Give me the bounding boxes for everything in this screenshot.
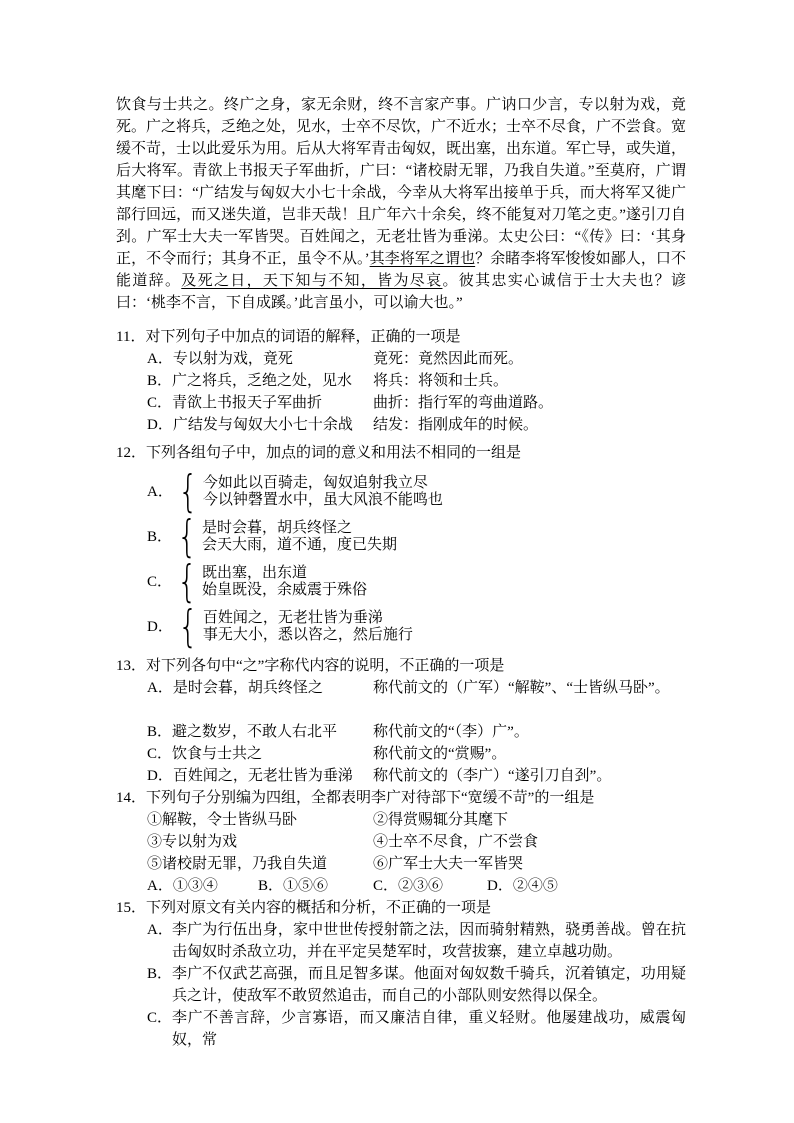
- option-label: C．: [147, 1007, 172, 1029]
- question-12-option-c: C． { 既出塞，出东道 始皇既没，余威震于殊俗: [116, 565, 686, 599]
- question-14-items-row-2: ③专以射为戏 ④士卒不尽食，广不尝食: [116, 831, 686, 853]
- question-11-option-c: C．青欲上书报天子军曲折 曲折：指行军的弯曲道路。: [116, 392, 686, 414]
- pair-sentence-2: 今以钟磬置水中，虽大风浪不能鸣也: [203, 492, 443, 509]
- option-sentence-text: 饮食与士共之: [172, 746, 262, 762]
- option-label: D．: [147, 417, 173, 433]
- question-15: 15．下列对原文有关内容的概括和分析，不正确的一项是 A． 李广为行伍出身，家中…: [116, 897, 686, 1051]
- question-13-option-b: B．避之数岁，不敢人右北平 称代前文的“（李）广”。: [116, 721, 686, 743]
- question-12: 12．下列各组句子中，加点的词的意义和用法不相同的一组是 A． { 今如此以百骑…: [116, 442, 686, 644]
- choice-c: C．②③⑥: [373, 875, 487, 897]
- numbered-item-1: ①解鞍，令士皆纵马卧: [147, 809, 373, 831]
- question-14-number: 14．: [116, 790, 146, 806]
- option-sentence-text: 避之数岁，不敢人右北平: [172, 724, 337, 740]
- option-sentence: A．是时会暮，胡兵终怪之: [147, 677, 373, 699]
- question-13-option-a: A．是时会暮，胡兵终怪之 称代前文的（广军）“解鞍”、“士皆纵马卧”。: [116, 677, 686, 699]
- question-15-option-c: C． 李广不善言辞，少言寡语，而又廉洁自律，重义轻财。他屡建战功，威震匈奴，常: [116, 1007, 686, 1051]
- brace-icon: {: [178, 610, 198, 644]
- option-label: C．: [147, 746, 172, 762]
- option-label: A．: [147, 680, 173, 696]
- option-sentence: C．饮食与士共之: [147, 743, 373, 765]
- question-14-items-row-1: ①解鞍，令士皆纵马卧 ②得赏赐辄分其麾下: [116, 809, 686, 831]
- option-text: 李广不善言辞，少言寡语，而又廉洁自律，重义轻财。他屡建战功，威震匈奴，常: [172, 1010, 686, 1048]
- question-12-stem-text: 下列各组句子中，加点的词的意义和用法不相同的一组是: [146, 445, 521, 461]
- question-14-choices: A．①③④ B．①⑤⑥ C．②③⑥ D．②④⑤: [116, 875, 686, 897]
- option-gloss: 竟死：竟然因此而死。: [373, 348, 686, 370]
- pair-sentence-1: 百姓闻之，无老壮皆为垂涕: [203, 610, 413, 627]
- option-sentence-text: 百姓闻之，无老壮皆为垂涕: [173, 768, 353, 784]
- question-11-option-b: B．广之将兵，乏绝之处，见水 将兵：将领和士兵。: [116, 370, 686, 392]
- pair-sentence-2: 会天大雨，道不通，度已失期: [202, 537, 397, 554]
- option-label: D．: [147, 616, 173, 638]
- option-label: B．: [147, 526, 172, 548]
- question-12-option-a: A． { 今如此以百骑走，匈奴追射我立尽 今以钟磬置水中，虽大风浪不能鸣也: [116, 475, 686, 509]
- pair-sentence-1: 既出塞，出东道: [202, 565, 367, 582]
- option-gloss: 结发：指刚成年的时候。: [373, 414, 686, 436]
- question-11-option-d: D．广结发与匈奴大小七十余战 结发：指刚成年的时候。: [116, 414, 686, 436]
- pair-sentence-1: 今如此以百骑走，匈奴追射我立尽: [203, 475, 443, 492]
- choice-a: A．①③④: [147, 875, 258, 897]
- option-text: 李广为行伍出身，家中世世传授射箭之法，因而骑射精熟，骁勇善战。曾在抗击匈奴时杀敌…: [172, 922, 686, 960]
- question-15-option-a: A． 李广为行伍出身，家中世世传授射箭之法，因而骑射精熟，骁勇善战。曾在抗击匈奴…: [116, 919, 686, 963]
- passage-segment-underlined: 其李将军之谓也: [370, 251, 476, 267]
- passage-segment: 饮食与士共之。终广之身，家无余财，终不言家产事。广讷口少言，专以射为戏，竟死。广…: [116, 97, 686, 267]
- option-sentence-text: 是时会暮，胡兵终怪之: [173, 680, 323, 696]
- question-12-number: 12．: [116, 445, 146, 461]
- brace-icon: {: [177, 565, 197, 599]
- question-11-option-a: A．专以射为戏，竟死 竟死：竟然因此而死。: [116, 348, 686, 370]
- question-11-stem: 11．对下列句子中加点的词语的解释，正确的一项是: [116, 326, 686, 348]
- question-13-stem: 13．对下列各句中“之”字称代内容的说明，不正确的一项是: [116, 655, 686, 677]
- question-11-number: 11．: [116, 329, 145, 345]
- option-gloss: 称代前文的“（李）广”。: [373, 721, 686, 743]
- question-13: 13．对下列各句中“之”字称代内容的说明，不正确的一项是 A．是时会暮，胡兵终怪…: [116, 655, 686, 787]
- option-label: A．: [147, 919, 173, 941]
- question-14-stem-text: 下列句子分别编为四组，全都表明李广对待部下“宽缓不苛”的一组是: [146, 790, 594, 806]
- option-label: D．: [147, 768, 173, 784]
- option-gloss: 称代前文的“赏赐”。: [373, 743, 686, 765]
- question-12-stem: 12．下列各组句子中，加点的词的意义和用法不相同的一组是: [116, 442, 686, 464]
- pair-sentence-2: 始皇既没，余威震于殊俗: [202, 582, 367, 599]
- option-gloss: 曲折：指行军的弯曲道路。: [373, 392, 686, 414]
- pair-sentence-1: 是时会暮，胡兵终怪之: [202, 520, 397, 537]
- option-gloss: 称代前文的（广军）“解鞍”、“士皆纵马卧”。: [373, 677, 686, 699]
- question-14-items-row-3: ⑤诸校尉无罪，乃我自失道 ⑥广军士大夫一军皆哭: [116, 853, 686, 875]
- brace-icon: {: [177, 520, 197, 554]
- question-15-stem: 15．下列对原文有关内容的概括和分析，不正确的一项是: [116, 897, 686, 919]
- question-13-option-c: C．饮食与士共之 称代前文的“赏赐”。: [116, 743, 686, 765]
- question-14: 14．下列句子分别编为四组，全都表明李广对待部下“宽缓不苛”的一组是 ①解鞍，令…: [116, 787, 686, 897]
- option-sentence-text: 专以射为戏，竟死: [173, 351, 293, 367]
- numbered-item-2: ②得赏赐辄分其麾下: [373, 809, 686, 831]
- option-sentence-text: 广之将兵，乏绝之处，见水: [172, 373, 352, 389]
- option-sentence: A．专以射为戏，竟死: [147, 348, 373, 370]
- option-sentence: D．百姓闻之，无老壮皆为垂涕: [147, 765, 373, 787]
- question-13-option-d: D．百姓闻之，无老壮皆为垂涕 称代前文的（李广）“遂引刀自刭”。: [116, 765, 686, 787]
- question-15-stem-text: 下列对原文有关内容的概括和分析，不正确的一项是: [146, 900, 491, 916]
- question-11-stem-text: 对下列句子中加点的词语的解释，正确的一项是: [145, 329, 460, 345]
- option-text: 李广不仅武艺高强，而且足智多谋。他面对匈奴数千骑兵，沉着镇定，功用疑兵之计，使敌…: [172, 966, 686, 1004]
- pair-sentences: 既出塞，出东道 始皇既没，余威震于殊俗: [202, 565, 367, 599]
- choice-d: D．②④⑤: [487, 875, 686, 897]
- option-label: B．: [147, 963, 172, 985]
- option-label: B．: [147, 724, 172, 740]
- pair-sentences: 今如此以百骑走，匈奴追射我立尽 今以钟磬置水中，虽大风浪不能鸣也: [203, 475, 443, 509]
- option-sentence-text: 广结发与匈奴大小七十余战: [173, 417, 353, 433]
- option-label: C．: [147, 395, 172, 411]
- passage: 饮食与士共之。终广之身，家无余财，终不言家产事。广讷口少言，专以射为戏，竟死。广…: [116, 94, 686, 314]
- question-13-number: 13．: [116, 658, 146, 674]
- option-gloss: 称代前文的（李广）“遂引刀自刭”。: [373, 765, 686, 787]
- pair-sentence-2: 事无大小，悉以咨之，然后施行: [203, 627, 413, 644]
- option-label: B．: [147, 373, 172, 389]
- numbered-item-3: ③专以射为戏: [147, 831, 373, 853]
- question-11: 11．对下列句子中加点的词语的解释，正确的一项是 A．专以射为戏，竟死 竟死：竟…: [116, 326, 686, 436]
- option-sentence: D．广结发与匈奴大小七十余战: [147, 414, 373, 436]
- pair-sentences: 百姓闻之，无老壮皆为垂涕 事无大小，悉以咨之，然后施行: [203, 610, 413, 644]
- question-12-option-b: B． { 是时会暮，胡兵终怪之 会天大雨，道不通，度已失期: [116, 520, 686, 554]
- numbered-item-6: ⑥广军士大夫一军皆哭: [373, 853, 686, 875]
- passage-segment-underlined: 及死之日，天下知与不知，皆为尽哀: [181, 273, 442, 289]
- numbered-item-4: ④士卒不尽食，广不尝食: [373, 831, 686, 853]
- numbered-item-5: ⑤诸校尉无罪，乃我自失道: [147, 853, 373, 875]
- question-15-number: 15．: [116, 900, 146, 916]
- option-label: A．: [147, 351, 173, 367]
- option-sentence: B．广之将兵，乏绝之处，见水: [147, 370, 373, 392]
- choice-b: B．①⑤⑥: [258, 875, 373, 897]
- option-sentence: B．避之数岁，不敢人右北平: [147, 721, 373, 743]
- option-sentence: C．青欲上书报天子军曲折: [147, 392, 373, 414]
- page-content: 饮食与士共之。终广之身，家无余财，终不言家产事。广讷口少言，专以射为戏，竟死。广…: [116, 94, 686, 1051]
- question-13-stem-text: 对下列各句中“之”字称代内容的说明，不正确的一项是: [146, 658, 504, 674]
- question-14-stem: 14．下列句子分别编为四组，全都表明李广对待部下“宽缓不苛”的一组是: [116, 787, 686, 809]
- question-12-option-d: D． { 百姓闻之，无老壮皆为垂涕 事无大小，悉以咨之，然后施行: [116, 610, 686, 644]
- option-sentence-text: 青欲上书报天子军曲折: [172, 395, 322, 411]
- option-label: A．: [147, 481, 173, 503]
- brace-icon: {: [178, 475, 198, 509]
- exam-page: 饮食与士共之。终广之身，家无余财，终不言家产事。广讷口少言，专以射为戏，竟死。广…: [0, 0, 794, 1123]
- pair-sentences: 是时会暮，胡兵终怪之 会天大雨，道不通，度已失期: [202, 520, 397, 554]
- question-15-option-b: B． 李广不仅武艺高强，而且足智多谋。他面对匈奴数千骑兵，沉着镇定，功用疑兵之计…: [116, 963, 686, 1007]
- option-gloss: 将兵：将领和士兵。: [373, 370, 686, 392]
- option-label: C．: [147, 571, 172, 593]
